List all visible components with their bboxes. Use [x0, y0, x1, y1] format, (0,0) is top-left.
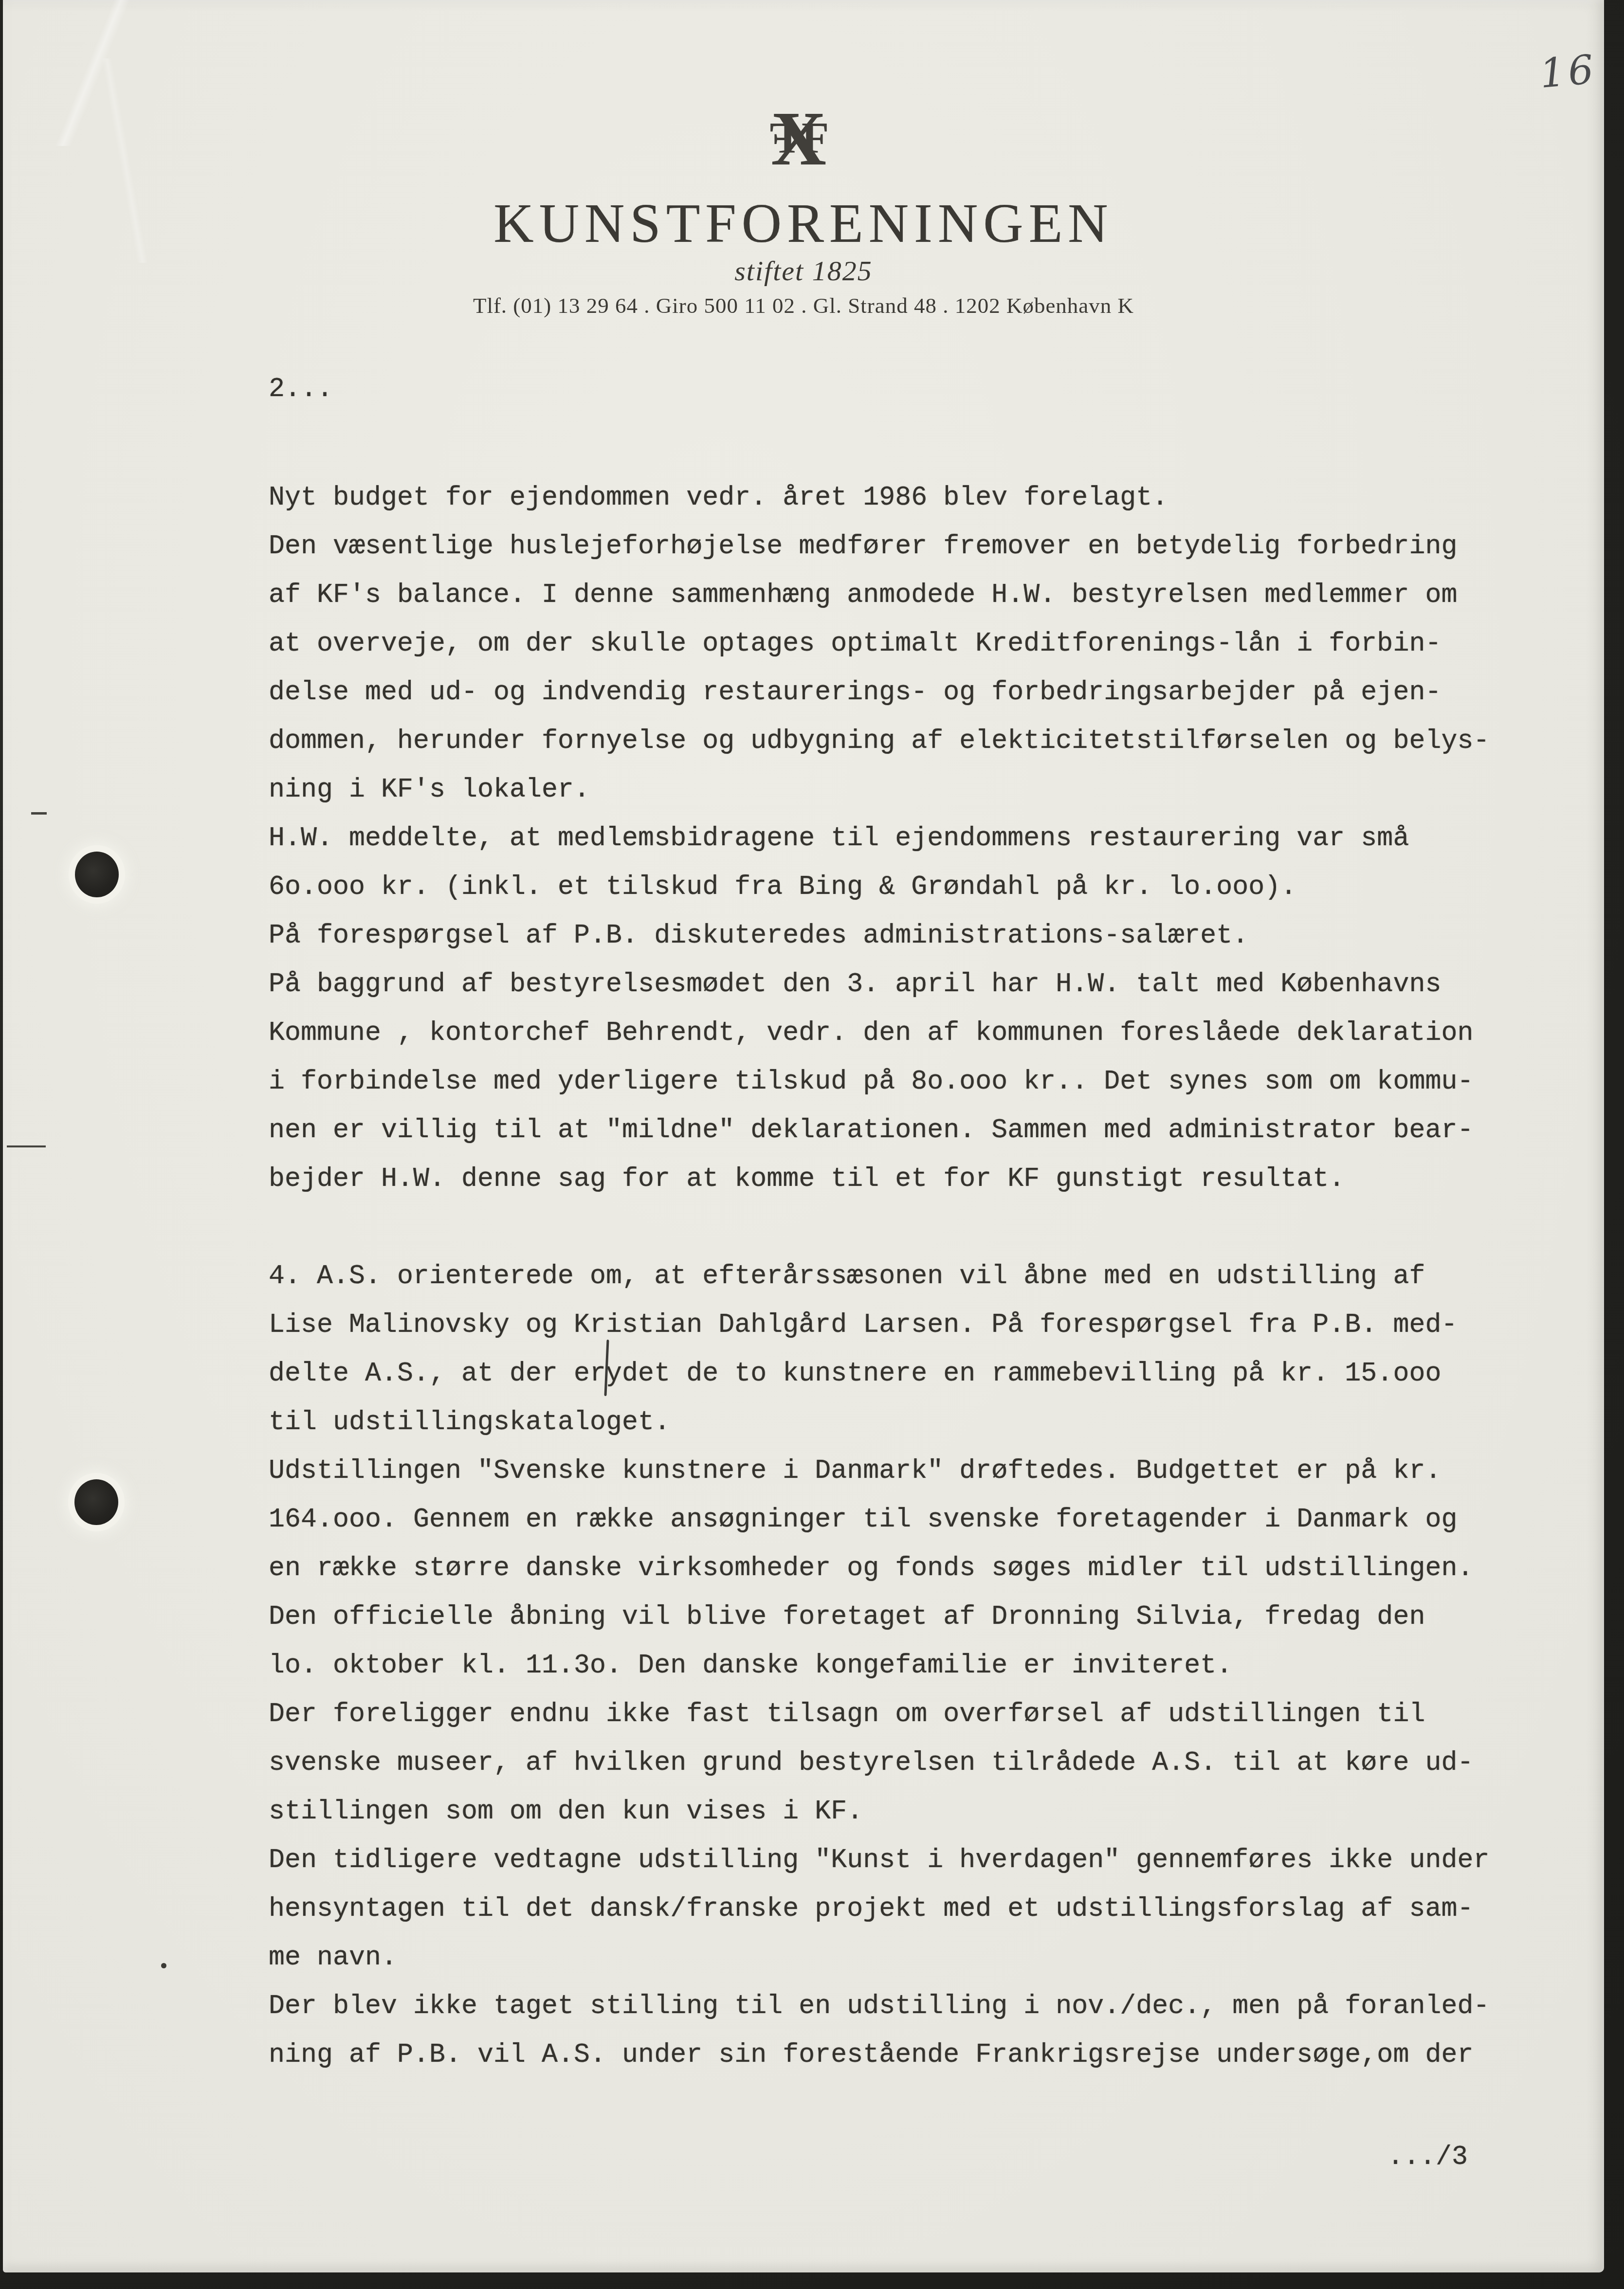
paper-crease [32, 0, 159, 146]
svg-text:F: F [768, 113, 796, 163]
typewritten-line: bejder H.W. denne sag for at komme til e… [269, 1160, 1515, 1209]
typewritten-line: hensyntagen til det dansk/franske projek… [269, 1890, 1515, 1939]
typewritten-line: Der blev ikke taget stilling til en udst… [269, 1987, 1515, 2036]
typewritten-line: 6o.ooo kr. (inkl. et tilskud fra Bing & … [269, 868, 1515, 917]
continuation-footer: .../3 [269, 2144, 1468, 2170]
typewritten-line: Den væsentlige huslejeforhøjelse medføre… [269, 527, 1515, 576]
typewritten-line: i forbindelse med yderligere tilskud på … [269, 1063, 1515, 1111]
typewritten-line: ning af P.B. vil A.S. under sin foreståe… [269, 2036, 1515, 2085]
left-edge-mark [31, 812, 47, 815]
scanned-document-background: 16 X F F KUNSTFORENINGEN stiftet 1825 Tl… [0, 0, 1624, 2289]
typewritten-line: af KF's balance. I denne sammenhæng anmo… [269, 576, 1515, 625]
typewritten-line: nen er villig til at "mildne" deklaratio… [269, 1111, 1515, 1160]
typewritten-line: Den tidligere vedtagne udstilling "Kunst… [269, 1841, 1515, 1890]
page-continuation-marker: 2... [269, 376, 333, 402]
ink-speck [161, 1963, 166, 1968]
typewritten-line: H.W. meddelte, at medlemsbidragene til e… [269, 819, 1515, 868]
typewritten-line: delte A.S., at der erydet de to kunstner… [269, 1355, 1515, 1403]
typewritten-line [269, 1209, 1515, 1257]
typewritten-line: 4. A.S. orienterede om, at efterårssæson… [269, 1257, 1515, 1306]
typewritten-line: Lise Malinovsky og Kristian Dahlgård Lar… [269, 1306, 1515, 1355]
founded-line: stiftet 1825 [3, 257, 1604, 285]
typewritten-line: På forespørgsel af P.B. diskuteredes adm… [269, 917, 1515, 965]
typewritten-line: Nyt budget for ejendommen vedr. året 198… [269, 479, 1515, 527]
contact-line: Tlf. (01) 13 29 64 . Giro 500 11 02 . Gl… [3, 295, 1604, 317]
typewritten-line: Den officielle åbning vil blive foretage… [269, 1598, 1515, 1647]
typewritten-line: lo. oktober kl. 11.3o. Den danske kongef… [269, 1647, 1515, 1695]
svg-text:F: F [802, 113, 829, 163]
kf-monogram-icon: X F F [752, 102, 845, 174]
typewritten-line: Kommune , kontorchef Behrendt, vedr. den… [269, 1014, 1515, 1063]
typewritten-line: Der foreligger endnu ikke fast tilsagn o… [269, 1695, 1515, 1744]
organization-name: KUNSTFORENINGEN [3, 196, 1604, 251]
document-page: 16 X F F KUNSTFORENINGEN stiftet 1825 Tl… [3, 0, 1604, 2272]
typewritten-line: til udstillingskataloget. [269, 1403, 1515, 1452]
handwritten-page-number: 16 [1538, 46, 1598, 97]
typewritten-line: me navn. [269, 1939, 1515, 1987]
typewritten-line: Udstillingen "Svenske kunstnere i Danmar… [269, 1452, 1515, 1501]
typewritten-line: På baggrund af bestyrelsesmødet den 3. a… [269, 965, 1515, 1014]
typewritten-line: svenske museer, af hvilken grund bestyre… [269, 1744, 1515, 1793]
typewritten-line: at overveje, om der skulle optages optim… [269, 625, 1515, 673]
punch-hole-top [75, 852, 119, 897]
left-edge-mark [7, 1145, 46, 1147]
typewritten-line: delse med ud- og indvendig restaurerings… [269, 673, 1515, 722]
typewritten-line: en række større danske virksomheder og f… [269, 1549, 1515, 1598]
typewritten-line: dommen, herunder fornyelse og udbygning … [269, 722, 1515, 771]
typewritten-line: ning i KF's lokaler. [269, 771, 1515, 819]
typewritten-line: 164.ooo. Gennem en række ansøgninger til… [269, 1501, 1515, 1549]
punch-hole-bottom [74, 1479, 118, 1525]
typewritten-body: Nyt budget for ejendommen vedr. året 198… [269, 479, 1515, 2085]
typewritten-line: stillingen som om den kun vises i KF. [269, 1793, 1515, 1841]
